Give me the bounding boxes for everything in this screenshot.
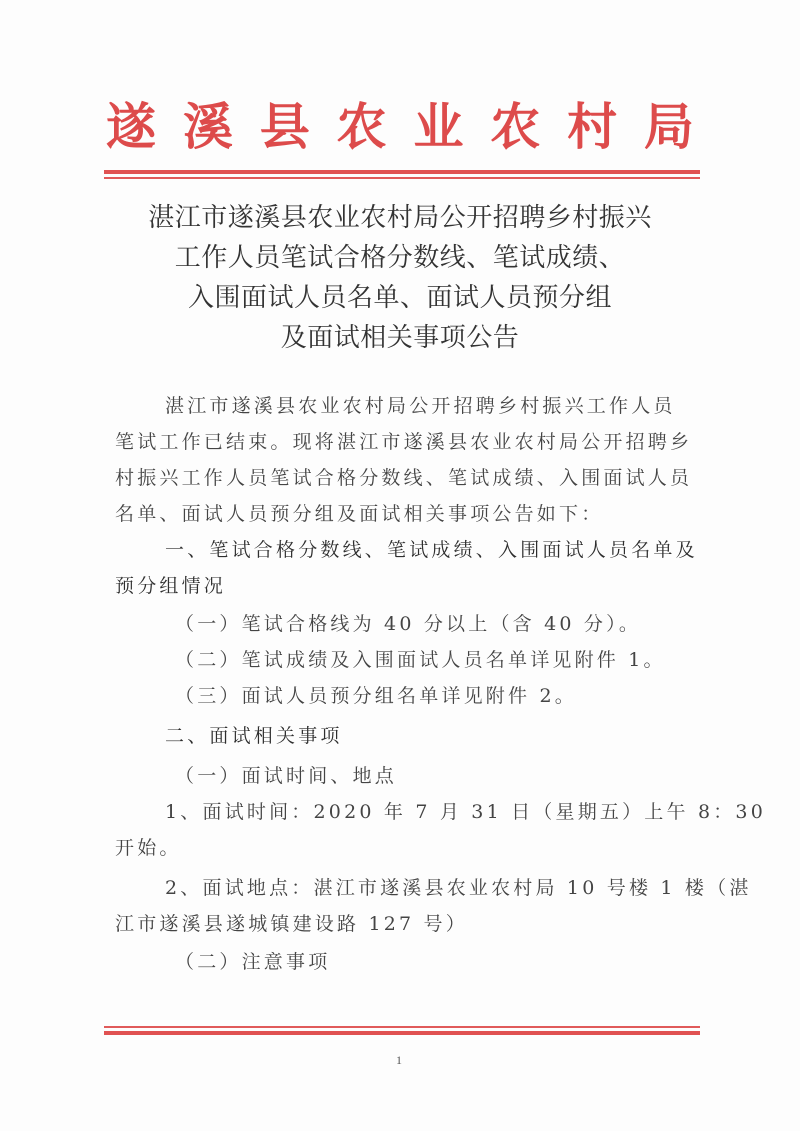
document-title: 湛江市遂溪县农业农村局公开招聘乡村振兴 工作人员笔试合格分数线、笔试成绩、 入围… bbox=[130, 198, 670, 358]
divider-thin-line bbox=[104, 177, 700, 179]
interview-location-line: 2、面试地点：湛江市遂溪县农业农村局 10 号楼 1 楼（湛 bbox=[165, 870, 752, 906]
title-line: 工作人员笔试合格分数线、笔试成绩、 bbox=[130, 238, 670, 278]
masthead-char: 业 bbox=[407, 92, 469, 162]
section1-heading-cont: 预分组情况 bbox=[115, 568, 226, 604]
masthead-char: 农 bbox=[331, 92, 393, 162]
masthead-char: 农 bbox=[484, 92, 546, 162]
intro-line: 笔试工作已结束。现将湛江市遂溪县农业农村局公开招聘乡 bbox=[115, 424, 692, 460]
interview-time-line: 1、面试时间：2020 年 7 月 31 日（星期五）上午 8：30 bbox=[165, 794, 766, 830]
intro-line: 湛江市遂溪县农业农村局公开招聘乡村振兴工作人员 bbox=[165, 388, 676, 424]
masthead-char: 村 bbox=[561, 92, 623, 162]
intro-line: 名单、面试人员预分组及面试相关事项公告如下： bbox=[115, 496, 603, 532]
document-page: 遂 溪 县 农 业 农 村 局 湛江市遂溪县农业农村局公开招聘乡村振兴 工作人员… bbox=[0, 0, 800, 1131]
title-line: 及面试相关事项公告 bbox=[130, 318, 670, 358]
section2-heading: 二、面试相关事项 bbox=[165, 718, 343, 754]
divider-thick-line bbox=[104, 1031, 700, 1035]
footer-red-divider bbox=[104, 1026, 700, 1035]
masthead-agency-name: 遂 溪 县 农 业 农 村 局 bbox=[100, 92, 700, 162]
masthead-char: 遂 bbox=[100, 92, 162, 162]
intro-line: 村振兴工作人员笔试合格分数线、笔试成绩、入围面试人员 bbox=[115, 460, 692, 496]
masthead-char: 县 bbox=[254, 92, 316, 162]
title-line: 入围面试人员名单、面试人员预分组 bbox=[130, 278, 670, 318]
masthead-red-divider bbox=[104, 170, 700, 179]
masthead-char: 局 bbox=[638, 92, 700, 162]
section1-item-1: （一）笔试合格线为 40 分以上（含 40 分）。 bbox=[175, 606, 641, 642]
page-number: 1 bbox=[396, 1053, 402, 1068]
section1-item-2: （二）笔试成绩及入围面试人员名单详见附件 1。 bbox=[175, 642, 666, 678]
section2-sub1-heading: （一）面试时间、地点 bbox=[175, 758, 397, 794]
interview-time-line-cont: 开始。 bbox=[115, 830, 182, 866]
section1-heading: 一、笔试合格分数线、笔试成绩、入围面试人员名单及 bbox=[165, 532, 698, 568]
masthead-char: 溪 bbox=[177, 92, 239, 162]
title-line: 湛江市遂溪县农业农村局公开招聘乡村振兴 bbox=[130, 198, 670, 238]
interview-location-line-cont: 江市遂溪县遂城镇建设路 127 号） bbox=[115, 906, 468, 942]
section2-sub2-heading: （二）注意事项 bbox=[175, 944, 330, 980]
section1-item-3: （三）面试人员预分组名单详见附件 2。 bbox=[175, 678, 577, 714]
